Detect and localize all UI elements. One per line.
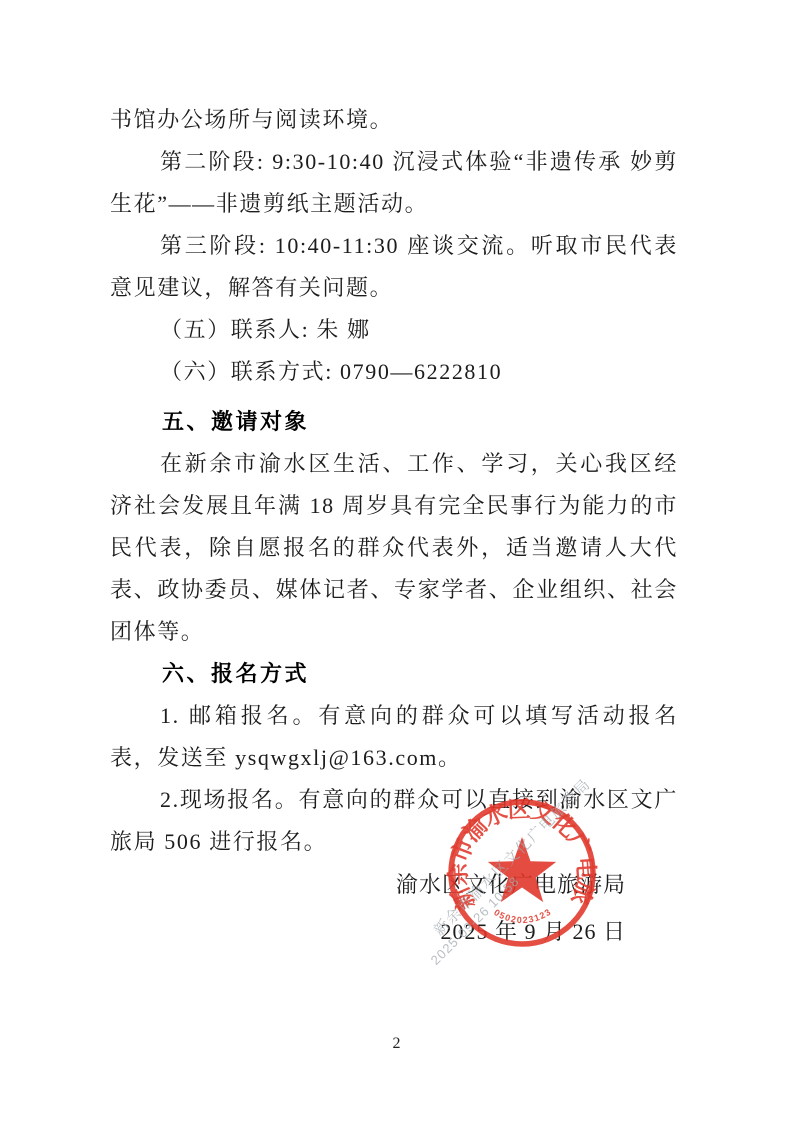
heading-signup-method: 六、报名方式 xyxy=(110,653,678,695)
page-number: 2 xyxy=(0,1035,793,1053)
document-body: 书馆办公场所与阅读环境。 第二阶段: 9:30-10:40 沉浸式体验“非遗传承… xyxy=(110,99,678,863)
paragraph-invite-targets: 在新余市渝水区生活、工作、学习，关心我区经济社会发展且年满 18 周岁具有完全民… xyxy=(110,443,678,653)
paragraph-contact-person: （五）联系人: 朱 娜 xyxy=(110,309,678,351)
seal-code: 0502023123 xyxy=(492,907,553,925)
heading-invite-targets: 五、邀请对象 xyxy=(110,401,678,443)
seal-code-holder: 0502023123 xyxy=(492,907,553,925)
document-page: 书馆办公场所与阅读环境。 第二阶段: 9:30-10:40 沉浸式体验“非遗传承… xyxy=(0,0,793,1122)
paragraph-contact-phone: （六）联系方式: 0790—6222810 xyxy=(110,351,678,393)
paragraph-stage2: 第二阶段: 9:30-10:40 沉浸式体验“非遗传承 妙剪生花”——非遗剪纸主… xyxy=(110,141,678,225)
paragraph-signup-email: 1. 邮箱报名。有意向的群众可以填写活动报名表，发送至 ysqwgxlj@163… xyxy=(110,695,678,779)
paragraph-library-env: 书馆办公场所与阅读环境。 xyxy=(110,99,678,141)
paragraph-stage3: 第三阶段: 10:40-11:30 座谈交流。听取市民代表意见建议，解答有关问题… xyxy=(110,225,678,309)
